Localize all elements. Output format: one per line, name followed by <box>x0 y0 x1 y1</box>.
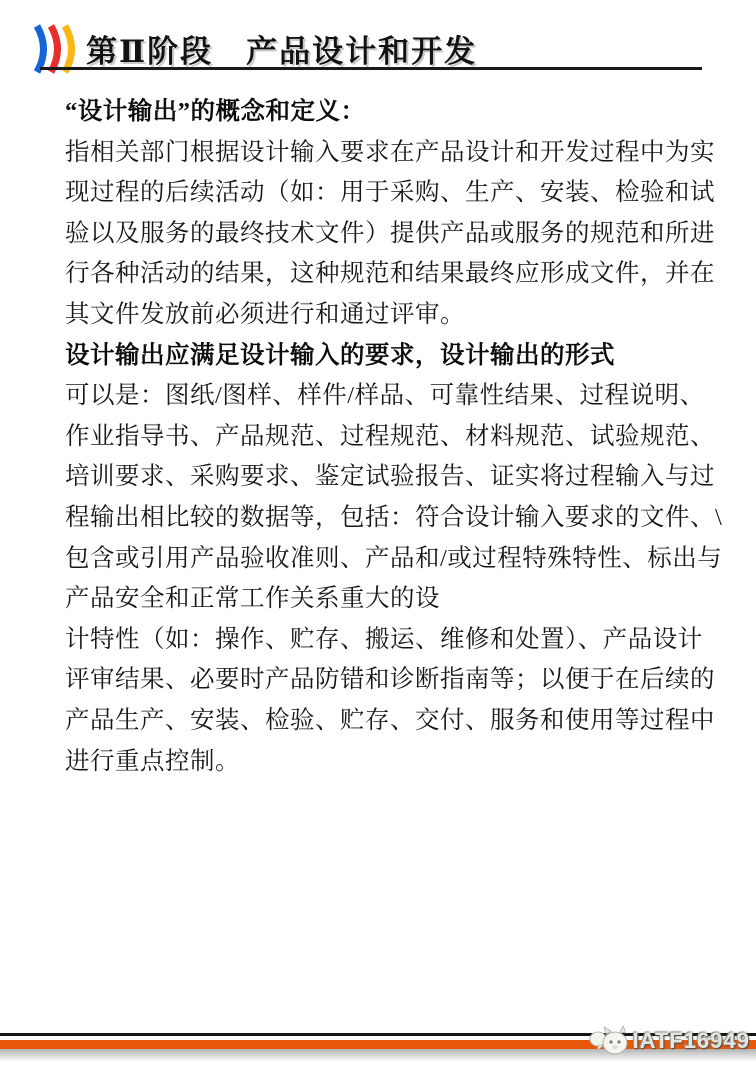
body-line: 指相关部门根据设计输入要求在产品设计和开发过程中为实 <box>65 133 715 174</box>
slide-page: 第Ⅱ阶段 产品设计和开发 “设计输出”的概念和定义： 指相关部门根据设计输入要求… <box>0 0 756 1070</box>
body-line: 可以是：图纸/图样、样件/样品、可靠性结果、过程说明、 <box>65 376 715 417</box>
body-line: 程输出相比较的数据等，包括：符合设计输入要求的文件、\ <box>65 498 715 539</box>
watermark: IATF16949 <box>589 1022 750 1060</box>
body-text-block: “设计输出”的概念和定义： 指相关部门根据设计输入要求在产品设计和开发过程中为实… <box>65 92 715 782</box>
body-line: 行各种活动的结果，这种规范和结果最终应形成文件，并在 <box>65 254 715 295</box>
header-divider <box>40 67 702 70</box>
body-line: 产品安全和正常工作关系重大的设 <box>65 579 715 620</box>
body-line: 作业指导书、产品规范、过程规范、材料规范、试验规范、 <box>65 417 715 458</box>
watermark-mascot-icon <box>589 1022 629 1060</box>
body-line: 培训要求、采购要求、鉴定试验报告、证实将过程输入与过 <box>65 457 715 498</box>
body-line: 评审结果、必要时产品防错和诊断指南等；以便于在后续的 <box>65 660 715 701</box>
body-line: 验以及服务的最终技术文件）提供产品或服务的规范和所进 <box>65 214 715 255</box>
body-line: 其文件发放前必须进行和通过评审。 <box>65 295 715 336</box>
body-heading: “设计输出”的概念和定义： <box>65 92 715 133</box>
body-line: 现过程的后续活动（如：用于采购、生产、安装、检验和试 <box>65 173 715 214</box>
body-line: 产品生产、安装、检验、贮存、交付、服务和使用等过程中 <box>65 701 715 742</box>
page-title: 第Ⅱ阶段 产品设计和开发 <box>86 26 477 71</box>
body-subheading: 设计输出应满足设计输入的要求，设计输出的形式 <box>65 336 715 377</box>
body-line: 包含或引用产品验收准则、产品和/或过程特殊特性、标出与 <box>65 539 715 580</box>
watermark-text: IATF16949 <box>633 1028 750 1054</box>
body-line: 计特性（如：操作、贮存、搬运、维修和处置）、产品设计 <box>65 620 715 661</box>
body-line: 进行重点控制。 <box>65 742 715 783</box>
